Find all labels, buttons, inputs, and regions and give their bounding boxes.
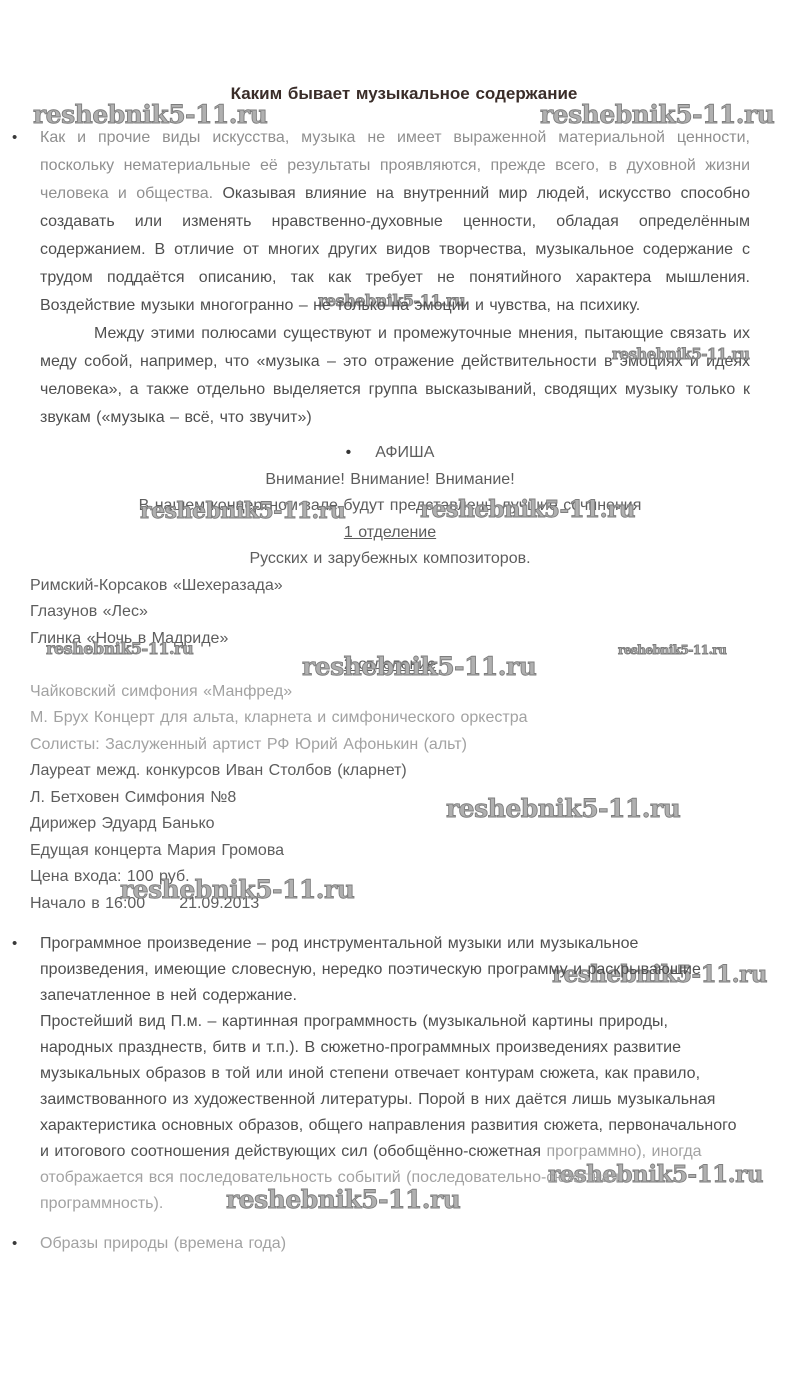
afisha-section: •АФИША Внимание! Внимание! Внимание! В н… (30, 440, 750, 917)
program-detail-part1: Простейший вид П.м. – картинная программ… (40, 1013, 736, 1160)
nature-bullet-line: • Образы природы (времена года) (40, 1231, 742, 1257)
bullet-marker: • (12, 1231, 17, 1257)
bullet-marker: • (12, 931, 17, 957)
start-date: 21.09.2013 (179, 895, 259, 912)
list-item: Лауреат межд. конкурсов Иван Столбов (кл… (30, 758, 750, 785)
list-item: Л. Бетховен Симфония №8 (30, 785, 750, 812)
bullet-marker: • (346, 444, 352, 461)
afisha-start-line: Начало в 16:0021.09.2013 (30, 891, 750, 918)
list-item: Римский-Корсаков «Шехеразада» (30, 573, 750, 600)
page-title: Каким бывает музыкальное содержание (0, 0, 808, 104)
afisha-attention: Внимание! Внимание! Внимание! (30, 467, 750, 494)
document-page: reshebnik5-11.ru reshebnik5-11.ru resheb… (0, 0, 808, 1389)
list-item: Глазунов «Лес» (30, 599, 750, 626)
intro-paragraph: • Как и прочие виды искусства, музыка не… (40, 124, 750, 320)
afisha-lead: В нашем концертном зале будут представле… (30, 493, 750, 520)
nature-text: Образы природы (времена года) (40, 1235, 286, 1252)
list-item: Дирижер Эдуард Банько (30, 811, 750, 838)
bullet-marker: • (12, 124, 17, 152)
afisha-section1-subtitle: Русских и зарубежных композиторов. (30, 546, 750, 573)
list-item: Солисты: Заслуженный артист РФ Юрий Афон… (30, 732, 750, 759)
start-time: Начало в 16:00 (30, 895, 145, 912)
program-definition: Программное произведение – род инструмен… (40, 931, 742, 1009)
list-item: Едущая концерта Мария Громова (30, 838, 750, 865)
program-paragraph: • Программное произведение – род инструм… (40, 931, 742, 1217)
list-item: Цена входа: 100 руб. (30, 864, 750, 891)
list-item: М. Брух Концерт для альта, кларнета и си… (30, 705, 750, 732)
intro-text-part2: Оказывая влияние на внутренний мир людей… (40, 185, 750, 314)
afisha-heading-line: •АФИША (30, 440, 750, 467)
afisha-section2-title: 2 отделение (30, 652, 750, 679)
afisha-heading: АФИША (375, 444, 434, 461)
afisha-section1-title: 1 отделение (30, 520, 750, 547)
list-item: Глинка «Ночь в Мадриде» (30, 626, 750, 653)
list-item: Чайковский симфония «Манфред» (30, 679, 750, 706)
intro-paragraph-2: Между этими полюсами существуют и промеж… (40, 320, 750, 432)
